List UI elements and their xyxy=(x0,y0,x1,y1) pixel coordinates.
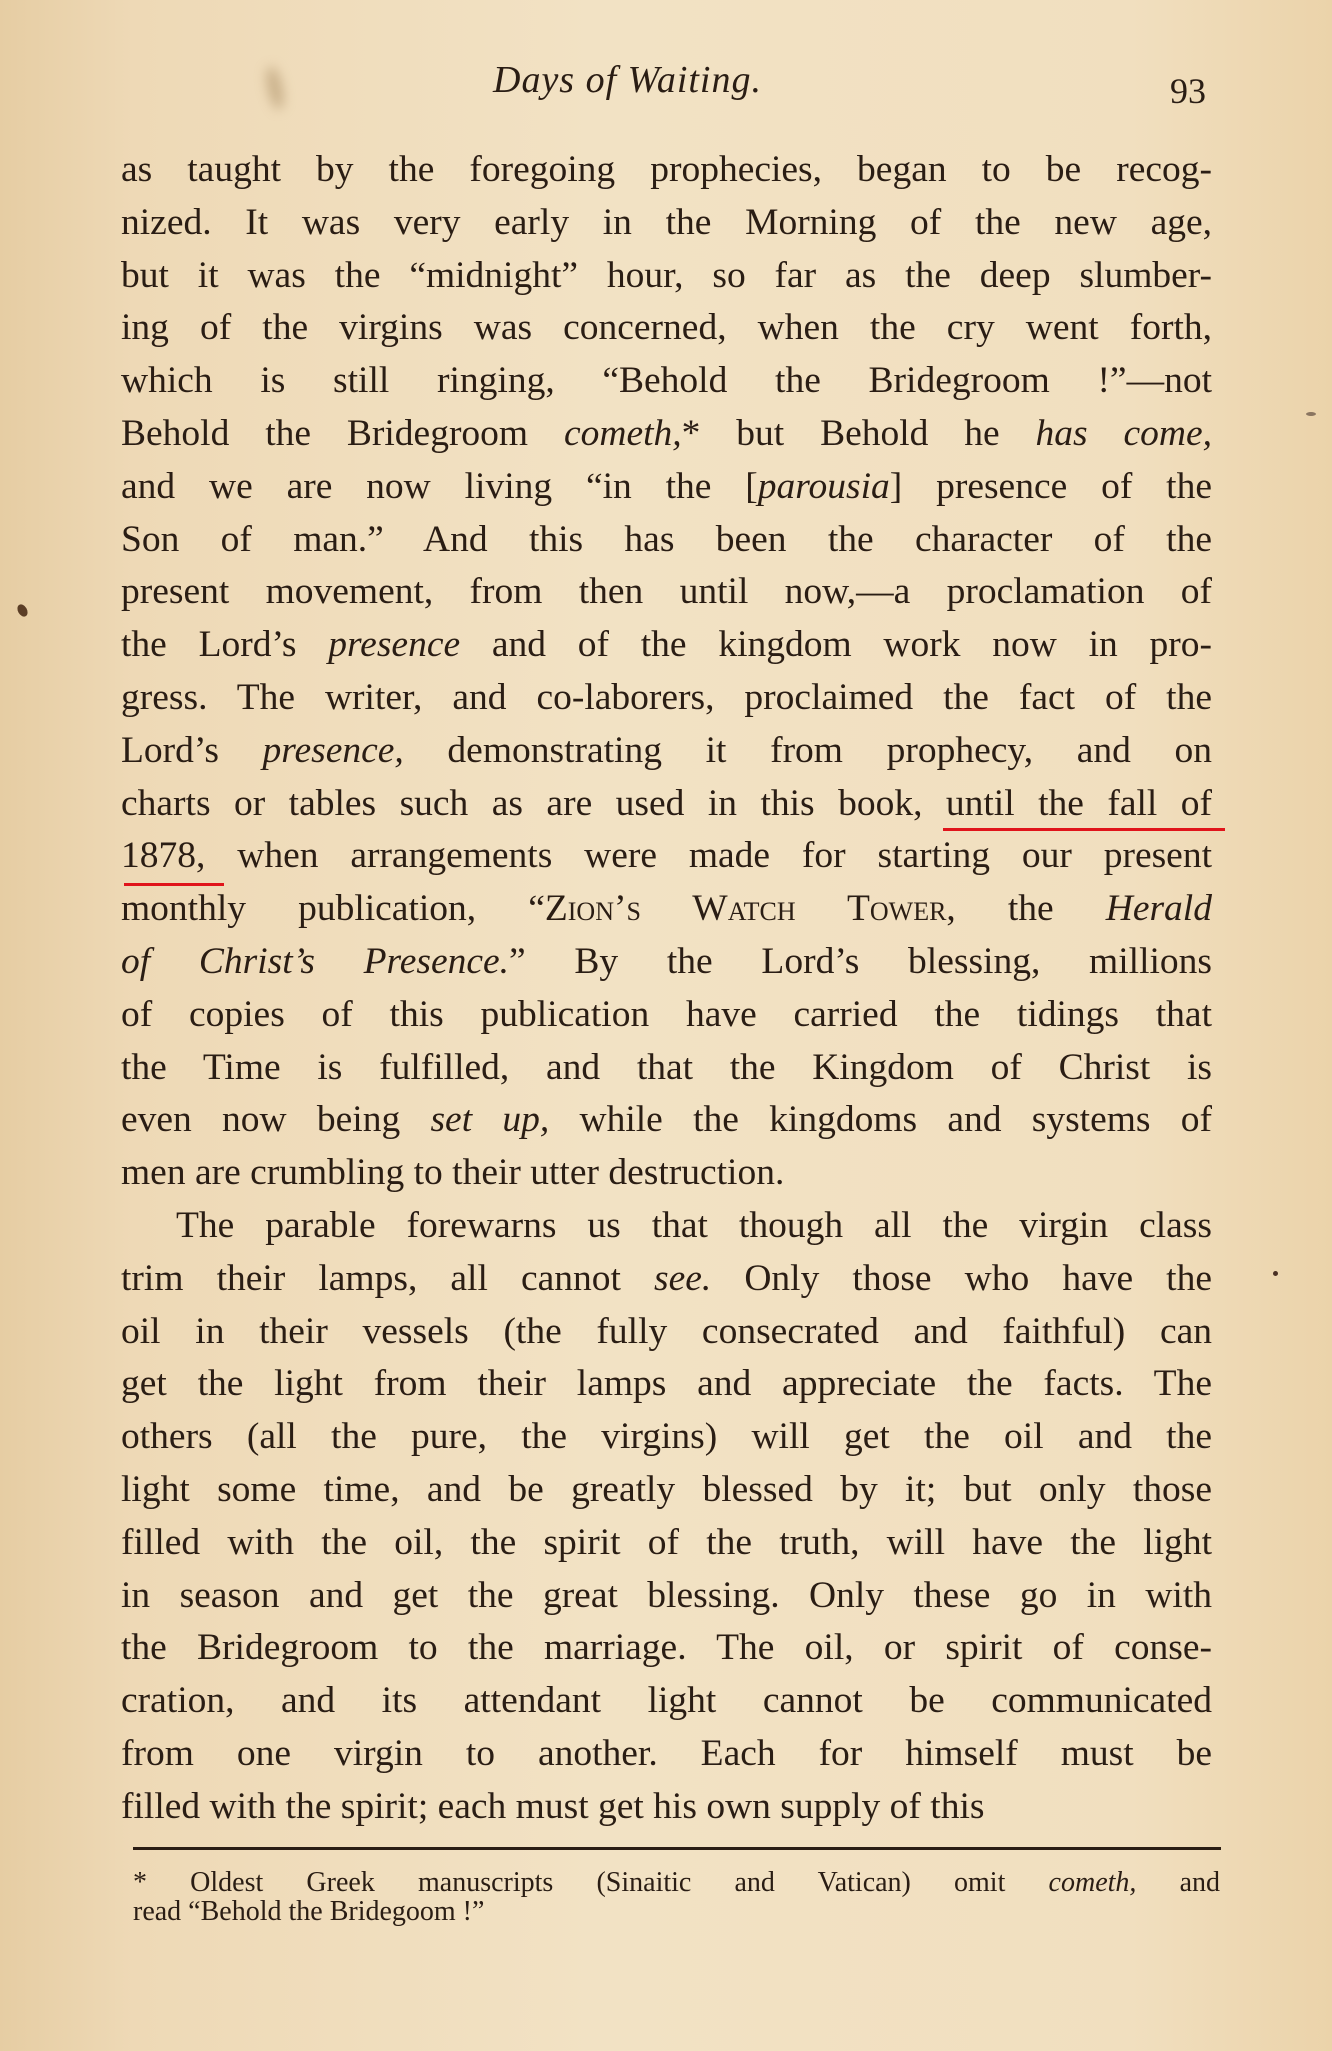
book-page: Days of Waiting. 93 as taught by the for… xyxy=(0,0,1332,2051)
running-head: Days of Waiting. xyxy=(493,58,762,102)
ink-speck xyxy=(1273,1271,1278,1276)
text-run: from one virgin to another. Each for him… xyxy=(121,1733,1212,1774)
text-line: from one virgin to another. Each for him… xyxy=(121,1734,1212,1774)
text-line: even now being set up, while the kingdom… xyxy=(121,1100,1212,1140)
text-run: Lord’s xyxy=(121,730,263,771)
text-run: ” By the Lord’s blessing, millions xyxy=(509,941,1212,982)
text-line: but it was the “midnight” hour, so far a… xyxy=(121,256,1212,296)
text-line: present movement, from then until now,—a… xyxy=(121,572,1212,612)
text-run: Only those who have the xyxy=(711,1258,1212,1299)
text-run: filled with the spirit; each must get hi… xyxy=(121,1786,984,1827)
text-line: light some time, and be greatly blessed … xyxy=(121,1470,1212,1510)
text-run: of copies of this publication have carri… xyxy=(121,994,1212,1035)
text-run: demonstrating it from prophecy, and on xyxy=(404,730,1212,771)
text-line: charts or tables such as are used in thi… xyxy=(121,784,1212,824)
italic-text: see. xyxy=(654,1258,711,1299)
text-line: cration, and its attendant light cannot … xyxy=(121,1681,1212,1721)
text-run: trim their lamps, all cannot xyxy=(121,1258,654,1299)
text-run: the Time is fulfilled, and that the King… xyxy=(121,1047,1212,1088)
text-run: , the xyxy=(946,888,1105,929)
text-run: oil in their vessels (the fully consecra… xyxy=(121,1311,1212,1352)
text-line: nized. It was very early in the Morning … xyxy=(121,203,1212,243)
text-line: which is still ringing, “Behold the Brid… xyxy=(121,361,1212,401)
text-run: and of the kingdom work now in pro- xyxy=(460,624,1212,665)
text-run: gress. The writer, and co-laborers, proc… xyxy=(121,677,1212,718)
text-run: men are crumbling to their utter destruc… xyxy=(121,1152,784,1193)
text-run: read “Behold the Bridegoom !” xyxy=(133,1896,484,1927)
text-run: as taught by the foregoing prophecies, b… xyxy=(121,149,1212,190)
italic-text: cometh, xyxy=(564,413,682,454)
text-run: ing of the virgins was concerned, when t… xyxy=(121,307,1212,348)
text-line: others (all the pure, the virgins) will … xyxy=(121,1417,1212,1457)
text-run: in season and get the great blessing. On… xyxy=(121,1575,1212,1616)
italic-text: of Christ’s Presence. xyxy=(121,941,509,982)
small-caps-text: Zion’s Watch Tower xyxy=(545,888,947,929)
italic-text: has come, xyxy=(1036,413,1212,454)
text-line: gress. The writer, and co-laborers, proc… xyxy=(121,678,1212,718)
text-run: Son of man.” And this has been the chara… xyxy=(121,519,1212,560)
text-line: the Lord’s presence and of the kingdom w… xyxy=(121,625,1212,665)
text-line: The parable forewarns us that though all… xyxy=(176,1206,1212,1246)
text-run: The parable forewarns us that though all… xyxy=(176,1205,1212,1246)
text-line: ing of the virgins was concerned, when t… xyxy=(121,308,1212,348)
text-line: of Christ’s Presence.” By the Lord’s ble… xyxy=(121,942,1212,982)
text-line: Lord’s presence, demonstrating it from p… xyxy=(121,731,1212,771)
text-line: in season and get the great blessing. On… xyxy=(121,1576,1212,1616)
text-run: and we are now living “in the [ xyxy=(121,466,758,507)
footnote-rule xyxy=(133,1847,1221,1850)
text-run: the Lord’s xyxy=(121,624,328,665)
ink-speck xyxy=(1306,412,1316,416)
text-run: Behold the Bridegroom xyxy=(121,413,564,454)
text-line: filled with the spirit; each must get hi… xyxy=(121,1787,1212,1827)
text-run: while the kingdoms and systems of xyxy=(549,1099,1212,1140)
text-run: * Oldest Greek manuscripts (Sinaitic and… xyxy=(133,1867,1049,1898)
text-run: but it was the “midnight” hour, so far a… xyxy=(121,255,1212,296)
ink-speck xyxy=(15,603,29,619)
italic-text: presence, xyxy=(263,730,404,771)
text-run: get the light from their lamps and appre… xyxy=(121,1363,1212,1404)
text-line: trim their lamps, all cannot see. Only t… xyxy=(121,1259,1212,1299)
text-line: monthly publication, “Zion’s Watch Tower… xyxy=(121,889,1212,929)
text-run: 1878, when arrangements were made for st… xyxy=(121,835,1212,876)
text-run: others (all the pure, the virgins) will … xyxy=(121,1416,1212,1457)
paper-smudge xyxy=(264,65,287,111)
text-run: present movement, from then until now,—a… xyxy=(121,571,1212,612)
footnote-line: * Oldest Greek manuscripts (Sinaitic and… xyxy=(133,1868,1220,1898)
text-run: charts or tables such as are used in thi… xyxy=(121,783,1212,824)
text-line: oil in their vessels (the fully consecra… xyxy=(121,1312,1212,1352)
page-number: 93 xyxy=(1170,70,1206,112)
italic-text: presence xyxy=(328,624,460,665)
italic-text: parousia xyxy=(758,466,890,507)
text-line: men are crumbling to their utter destruc… xyxy=(121,1153,1212,1193)
text-line: Behold the Bridegroom cometh,* but Behol… xyxy=(121,414,1212,454)
text-line: of copies of this publication have carri… xyxy=(121,995,1212,1035)
italic-text: Herald xyxy=(1106,888,1212,929)
text-run: monthly publication, “ xyxy=(121,888,545,929)
text-line: as taught by the foregoing prophecies, b… xyxy=(121,150,1212,190)
italic-text: cometh, xyxy=(1049,1867,1137,1898)
text-run: nized. It was very early in the Morning … xyxy=(121,202,1212,243)
italic-text: set up, xyxy=(430,1099,549,1140)
text-run: the Bridegroom to the marriage. The oil,… xyxy=(121,1627,1212,1668)
footnote-line: read “Behold the Bridegoom !” xyxy=(133,1897,1220,1927)
text-line: and we are now living “in the [parousia]… xyxy=(121,467,1212,507)
text-run: filled with the oil, the spirit of the t… xyxy=(121,1522,1212,1563)
red-underline-annotation xyxy=(943,828,1225,831)
text-line: 1878, when arrangements were made for st… xyxy=(121,836,1212,876)
text-line: get the light from their lamps and appre… xyxy=(121,1364,1212,1404)
text-run: ] presence of the xyxy=(890,466,1212,507)
text-line: filled with the oil, the spirit of the t… xyxy=(121,1523,1212,1563)
text-run: cration, and its attendant light cannot … xyxy=(121,1680,1212,1721)
text-run: * but Behold he xyxy=(682,413,1036,454)
text-line: the Bridegroom to the marriage. The oil,… xyxy=(121,1628,1212,1668)
text-run: and xyxy=(1136,1867,1220,1898)
text-line: Son of man.” And this has been the chara… xyxy=(121,520,1212,560)
red-underline-annotation xyxy=(124,883,224,886)
text-run: even now being xyxy=(121,1099,430,1140)
text-line: the Time is fulfilled, and that the King… xyxy=(121,1048,1212,1088)
text-run: which is still ringing, “Behold the Brid… xyxy=(121,360,1212,401)
text-run: light some time, and be greatly blessed … xyxy=(121,1469,1212,1510)
